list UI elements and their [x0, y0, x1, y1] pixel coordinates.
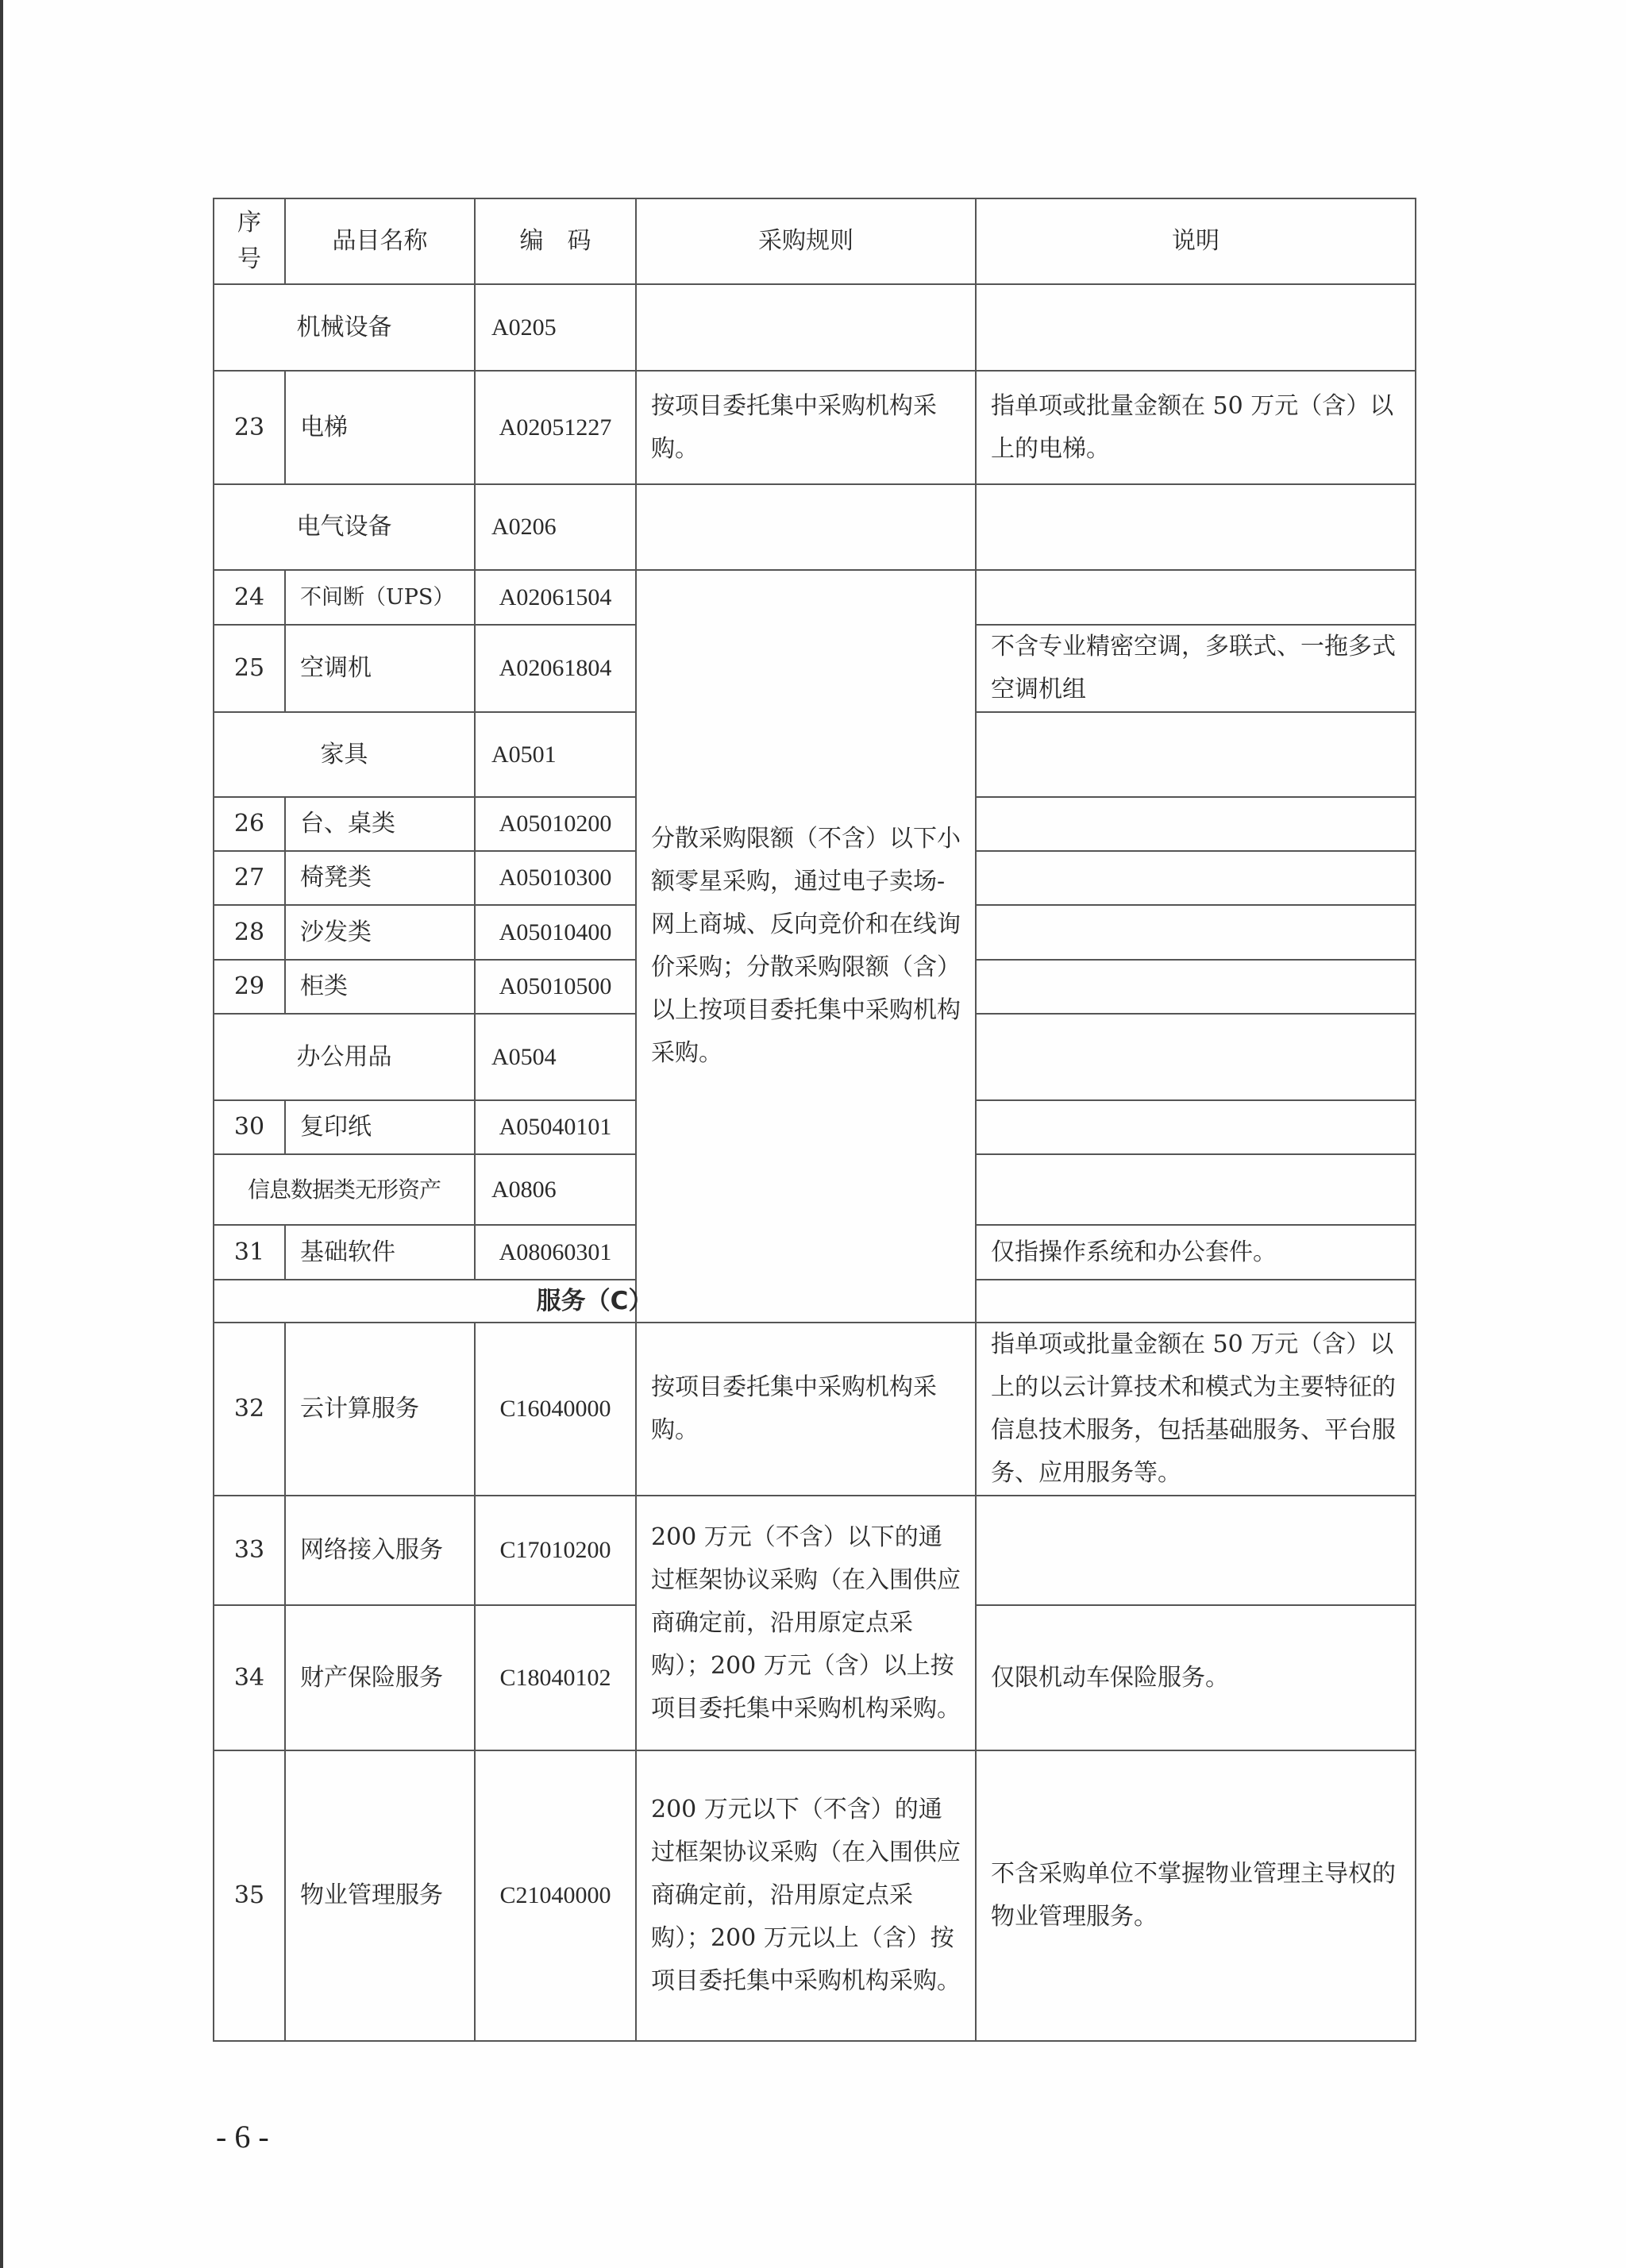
- row-code: C18040102: [475, 1605, 636, 1750]
- row-code: A02061804: [475, 625, 636, 712]
- row-note: 仅限机动车保险服务。: [976, 1605, 1416, 1750]
- row-num: 34: [214, 1605, 285, 1750]
- row-note: [976, 1100, 1416, 1154]
- row-code: A05010300: [475, 851, 636, 905]
- category-name: 机械设备: [214, 284, 475, 371]
- row-code: A02051227: [475, 371, 636, 484]
- row-name: 椅凳类: [285, 851, 475, 905]
- note-cell: [976, 1014, 1416, 1100]
- scan-page-edge: [0, 0, 3, 2268]
- row-num: 26: [214, 797, 285, 851]
- category-row-mech: 机械设备 A0205: [214, 284, 1416, 371]
- category-code: A0504: [475, 1014, 636, 1100]
- row-note: [976, 570, 1416, 625]
- merged-rule-small-purchase: 分散采购限额（不含）以下小额零星采购，通过电子卖场-网上商城、反向竞价和在线询价…: [636, 570, 976, 1323]
- category-name: 家具: [214, 712, 475, 797]
- row-name: 网络接入服务: [285, 1496, 475, 1605]
- row-name: 空调机: [285, 625, 475, 712]
- row-num: 23: [214, 371, 285, 484]
- row-num: 28: [214, 905, 285, 960]
- category-code: A0806: [475, 1154, 636, 1225]
- row-rule: 200 万元以下（不含）的通过框架协议采购（在入围供应商确定前，沿用原定点采购）…: [636, 1750, 976, 2041]
- table-header-row: 序号 品目名称 编 码 采购规则 说明: [214, 198, 1416, 284]
- section-title: 服务（C）: [214, 1280, 976, 1323]
- row-note: [976, 797, 1416, 851]
- table-row: 33 网络接入服务 C17010200 200 万元（不含）以下的通过框架协议采…: [214, 1496, 1416, 1605]
- row-code: C17010200: [475, 1496, 636, 1605]
- row-rule: 按项目委托集中采购机构采购。: [636, 371, 976, 484]
- row-note: 指单项或批量金额在 50 万元（含）以上的电梯。: [976, 371, 1416, 484]
- category-code: A0501: [475, 712, 636, 797]
- category-code: A0205: [475, 284, 636, 371]
- row-code: A02061504: [475, 570, 636, 625]
- row-note: 不含采购单位不掌握物业管理主导权的物业管理服务。: [976, 1750, 1416, 2041]
- row-name: 基础软件: [285, 1225, 475, 1280]
- row-name: 复印纸: [285, 1100, 475, 1154]
- row-name: 沙发类: [285, 905, 475, 960]
- row-name: 财产保险服务: [285, 1605, 475, 1750]
- row-note: [976, 960, 1416, 1014]
- row-num: 31: [214, 1225, 285, 1280]
- row-num: 32: [214, 1323, 285, 1496]
- row-note: [976, 1496, 1416, 1605]
- row-name: 物业管理服务: [285, 1750, 475, 2041]
- page-number: - 6 -: [216, 2118, 269, 2155]
- header-num: 序号: [214, 198, 285, 284]
- category-code: A0206: [475, 484, 636, 570]
- note-cell: [976, 284, 1416, 371]
- row-note: [976, 851, 1416, 905]
- row-code: A05010400: [475, 905, 636, 960]
- row-name: 云计算服务: [285, 1323, 475, 1496]
- table-row: 24 不间断（UPS） A02061504 分散采购限额（不含）以下小额零星采购…: [214, 570, 1416, 625]
- merged-rule-framework: 200 万元（不含）以下的通过框架协议采购（在入围供应商确定前，沿用原定点采购）…: [636, 1496, 976, 1750]
- row-code: A05040101: [475, 1100, 636, 1154]
- row-code: C21040000: [475, 1750, 636, 2041]
- row-name: 台、桌类: [285, 797, 475, 851]
- section-row-services: 服务（C）: [214, 1280, 1416, 1323]
- category-row-elec: 电气设备 A0206: [214, 484, 1416, 570]
- rule-cell: [636, 484, 976, 570]
- row-num: 24: [214, 570, 285, 625]
- row-code: A05010200: [475, 797, 636, 851]
- category-name: 电气设备: [214, 484, 475, 570]
- table-row: 23 电梯 A02051227 按项目委托集中采购机构采购。 指单项或批量金额在…: [214, 371, 1416, 484]
- note-cell: [976, 1154, 1416, 1225]
- procurement-catalog-table: 序号 品目名称 编 码 采购规则 说明 机械设备 A0205 23 电梯 A02…: [213, 198, 1416, 2042]
- note-cell: [976, 1280, 1416, 1323]
- row-name: 柜类: [285, 960, 475, 1014]
- row-num: 29: [214, 960, 285, 1014]
- category-name: 信息数据类无形资产: [214, 1154, 475, 1225]
- row-note: 仅指操作系统和办公套件。: [976, 1225, 1416, 1280]
- row-num: 27: [214, 851, 285, 905]
- row-name: 不间断（UPS）: [285, 570, 475, 625]
- table-row: 35 物业管理服务 C21040000 200 万元以下（不含）的通过框架协议采…: [214, 1750, 1416, 2041]
- row-code: C16040000: [475, 1323, 636, 1496]
- row-num: 30: [214, 1100, 285, 1154]
- row-rule: 按项目委托集中采购机构采购。: [636, 1323, 976, 1496]
- row-code: A05010500: [475, 960, 636, 1014]
- row-num: 33: [214, 1496, 285, 1605]
- row-note: [976, 905, 1416, 960]
- note-cell: [976, 712, 1416, 797]
- category-name: 办公用品: [214, 1014, 475, 1100]
- header-rule: 采购规则: [636, 198, 976, 284]
- table-row: 32 云计算服务 C16040000 按项目委托集中采购机构采购。 指单项或批量…: [214, 1323, 1416, 1496]
- header-code: 编 码: [475, 198, 636, 284]
- row-num: 25: [214, 625, 285, 712]
- header-name: 品目名称: [285, 198, 475, 284]
- row-num: 35: [214, 1750, 285, 2041]
- row-code: A08060301: [475, 1225, 636, 1280]
- row-note: 不含专业精密空调，多联式、一拖多式空调机组: [976, 625, 1416, 712]
- row-name: 电梯: [285, 371, 475, 484]
- rule-cell: [636, 284, 976, 371]
- note-cell: [976, 484, 1416, 570]
- row-note: 指单项或批量金额在 50 万元（含）以上的以云计算技术和模式为主要特征的信息技术…: [976, 1323, 1416, 1496]
- header-note: 说明: [976, 198, 1416, 284]
